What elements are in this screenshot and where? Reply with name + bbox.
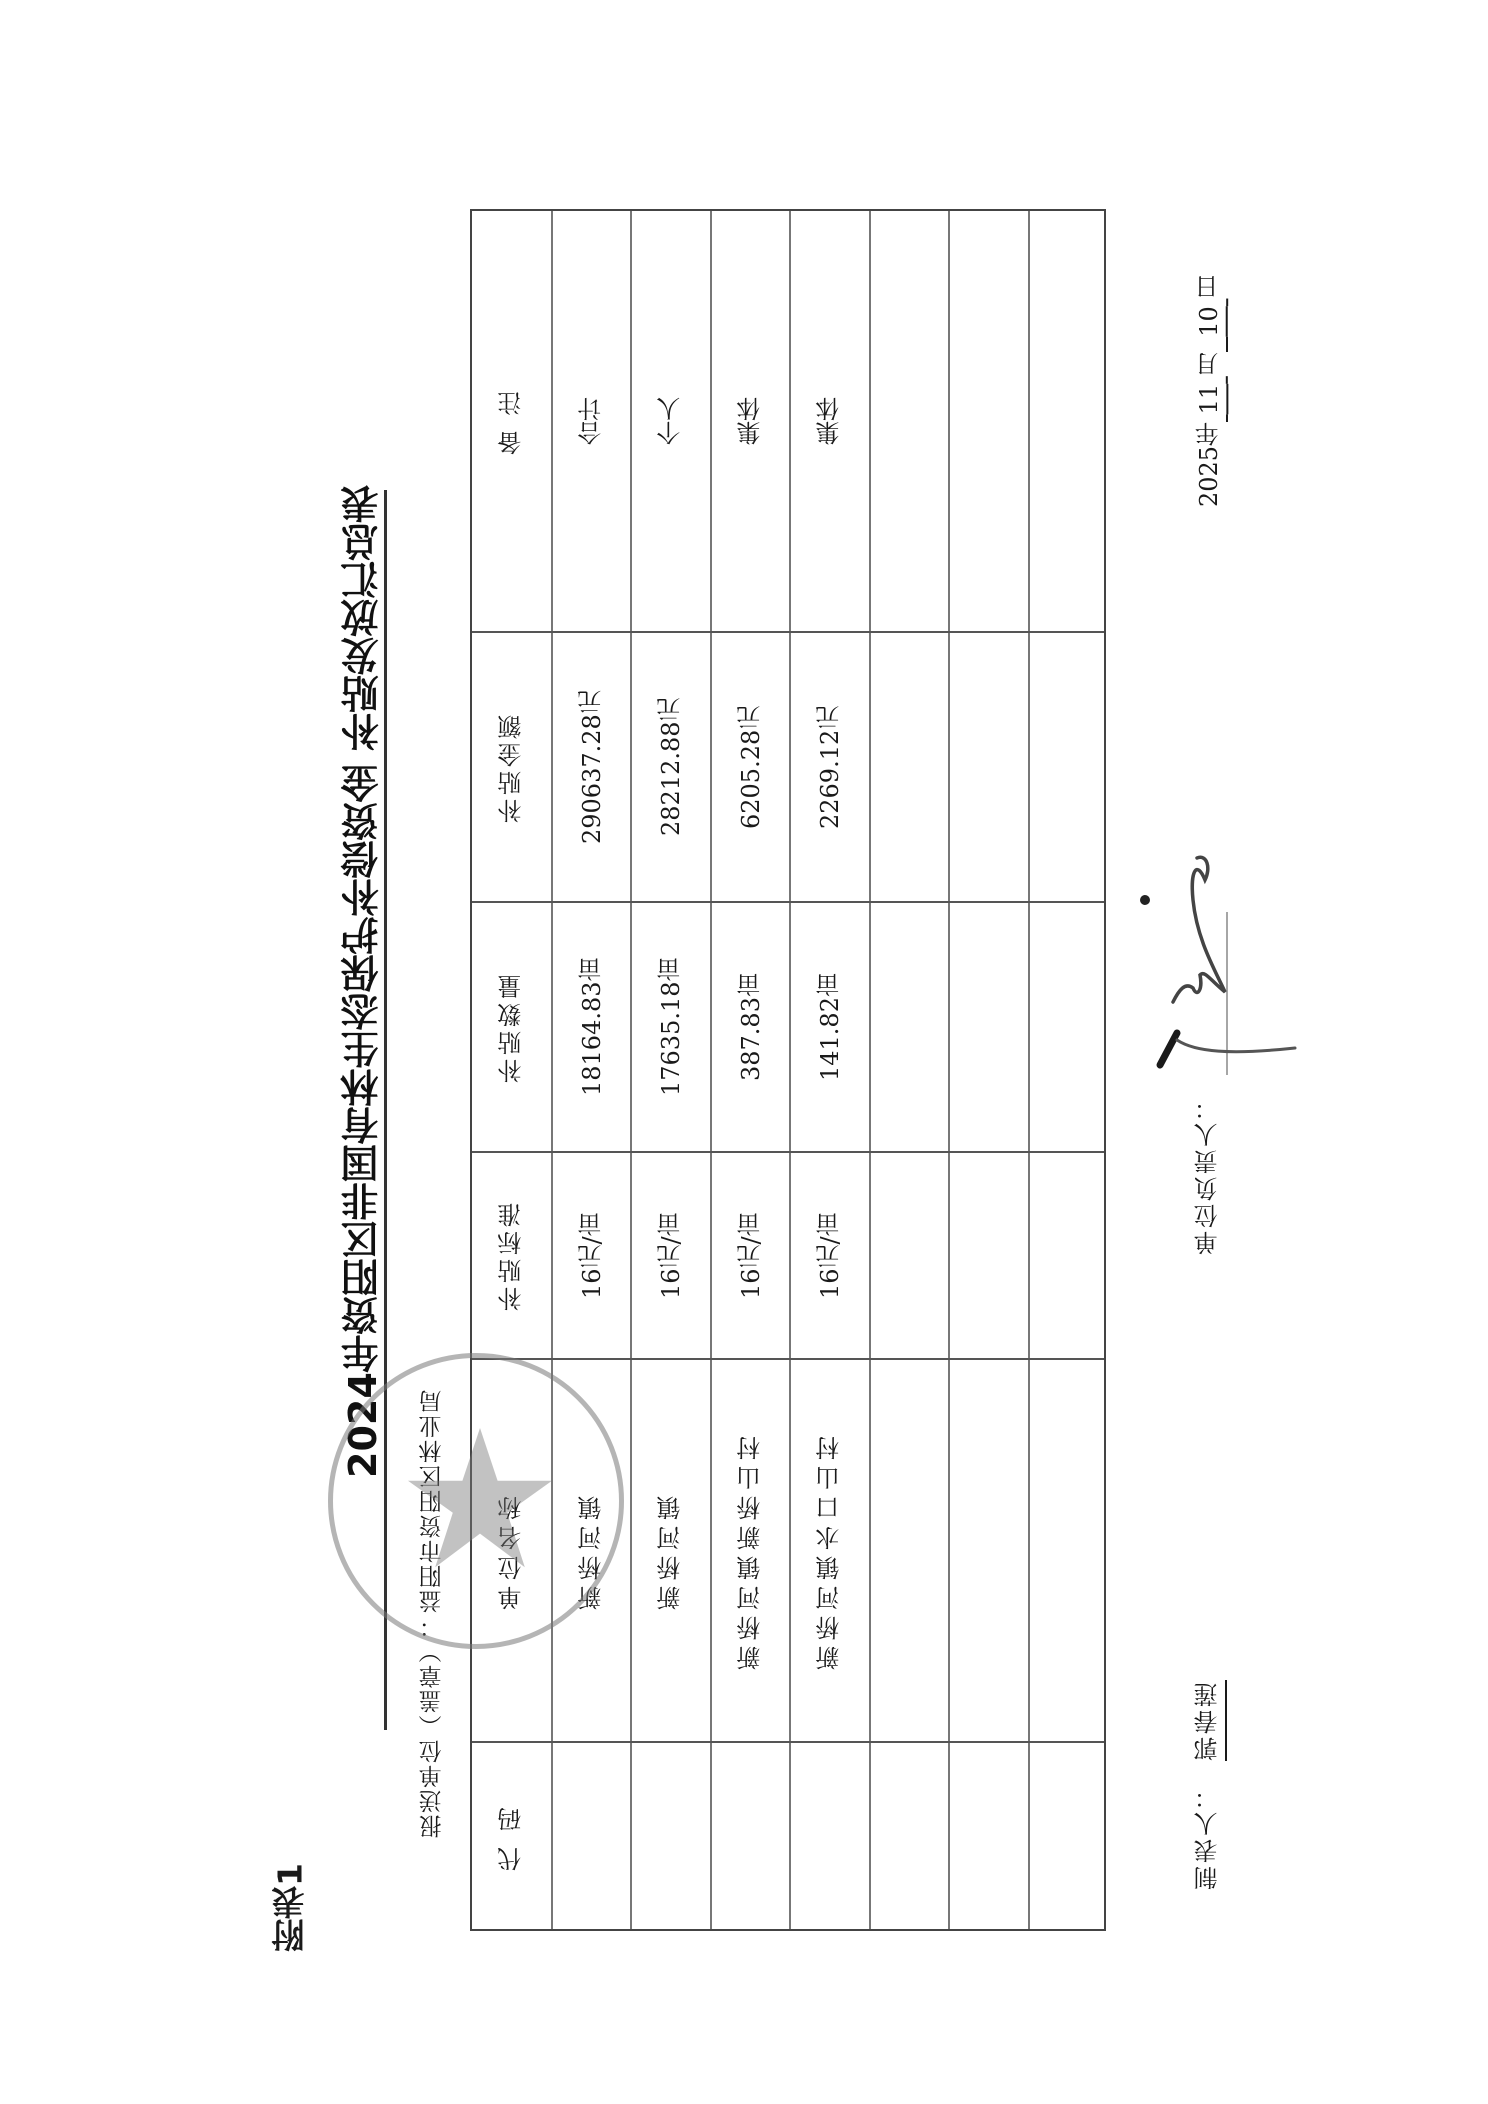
date-year-suffix: 年 (1197, 422, 1221, 446)
table-cell-standard: 16元/亩 (711, 1152, 791, 1359)
table-cell-standard (949, 1152, 1029, 1359)
submitting-unit-value: 益阳市资阳区林业局 (422, 1388, 445, 1613)
table-cell-remark: 集体 (711, 211, 791, 632)
table-cell-remark (949, 211, 1029, 632)
table-cell-code (711, 1742, 791, 1933)
table-cell-remark (870, 211, 950, 632)
table-cell-amount (870, 632, 950, 902)
table-cell-quantity (870, 902, 950, 1152)
table-cell-standard: 16元/亩 (790, 1152, 870, 1359)
table-header-standard: 补贴标准 (472, 1152, 552, 1359)
submitting-unit: 报送单位（盖章）：益阳市资阳区林业局 (418, 1388, 448, 1933)
title-underline (384, 490, 387, 1730)
table-cell-remark (1029, 211, 1109, 632)
appendix-label: 附表1 (270, 1850, 310, 1965)
table-cell-code (790, 1742, 870, 1933)
date-year: 2025 (1197, 446, 1221, 507)
date-day-suffix: 日 (1197, 275, 1221, 299)
table-cell-code (949, 1742, 1029, 1933)
date-day-value: 10 (1195, 306, 1223, 337)
subsidy-summary-table: 代 码单位名称补贴标准补贴数量补贴金额备 注新桥河镇16元/亩18164.83亩… (470, 209, 1106, 1931)
date-month: 11 (1197, 376, 1221, 422)
table-cell-standard: 16元/亩 (552, 1152, 632, 1359)
table-header-quantity: 补贴数量 (472, 902, 552, 1152)
table-header-remark: 备 注 (472, 211, 552, 632)
table-cell-code (1029, 1742, 1109, 1933)
table-cell-remark: 个人 (631, 211, 711, 632)
table-cell-standard (1029, 1152, 1109, 1359)
table-maker-label: 制表人： (1196, 1782, 1220, 1890)
table-cell-unit: 新桥河镇 (552, 1359, 632, 1742)
table-cell-amount: 28212.88元 (631, 632, 711, 902)
date-month-suffix: 月 (1197, 352, 1221, 376)
table-cell-remark: 合计 (552, 211, 632, 632)
table-cell-remark: 集体 (790, 211, 870, 632)
table-header-amount: 补贴金额 (472, 632, 552, 902)
table-cell-amount: 290637.28元 (552, 632, 632, 902)
table-cell-unit (1029, 1359, 1109, 1742)
table-cell-quantity (949, 902, 1029, 1152)
table-cell-quantity: 387.83亩 (711, 902, 791, 1152)
table-cell-unit (949, 1359, 1029, 1742)
table-cell-standard: 16元/亩 (631, 1152, 711, 1359)
table-cell-unit: 新桥河镇 (631, 1359, 711, 1742)
table-cell-unit: 新桥河镇新桥山村 (711, 1359, 791, 1742)
table-cell-quantity (1029, 902, 1109, 1152)
table-cell-code (552, 1742, 632, 1933)
table-maker-name: 郭春莲 (1196, 1680, 1220, 1761)
table-cell-amount (1029, 632, 1109, 902)
table-header-unit: 单位名称 (472, 1359, 552, 1742)
table-header-code: 代 码 (472, 1742, 552, 1933)
table-cell-amount: 2269.12元 (790, 632, 870, 902)
table-maker: 制表人： 郭春莲 (1193, 1600, 1223, 1890)
document-title: 2024年资阳区非国有林生态保护补偿资金 补贴发放汇总表 (340, 485, 386, 1735)
date-month-value: 11 (1195, 384, 1223, 415)
table-cell-unit (870, 1359, 950, 1742)
submitting-unit-label: 报送单位（盖章）： (422, 1613, 445, 1838)
leader-signature-icon (1130, 840, 1300, 1090)
table-cell-amount (949, 632, 1029, 902)
table-cell-unit: 新桥河镇水口山村 (790, 1359, 870, 1742)
table-cell-code (631, 1742, 711, 1933)
date-day: 10 (1197, 299, 1221, 352)
table-cell-standard (870, 1152, 950, 1359)
unit-leader-label: 单位负责人： (1193, 1090, 1223, 1255)
table-cell-code (870, 1742, 950, 1933)
table-cell-amount: 6205.28元 (711, 632, 791, 902)
table-cell-quantity: 17635.18亩 (631, 902, 711, 1152)
table-cell-quantity: 18164.83亩 (552, 902, 632, 1152)
report-date: 2025年 11 月 10 日 (1193, 222, 1225, 507)
table-cell-quantity: 141.82亩 (790, 902, 870, 1152)
